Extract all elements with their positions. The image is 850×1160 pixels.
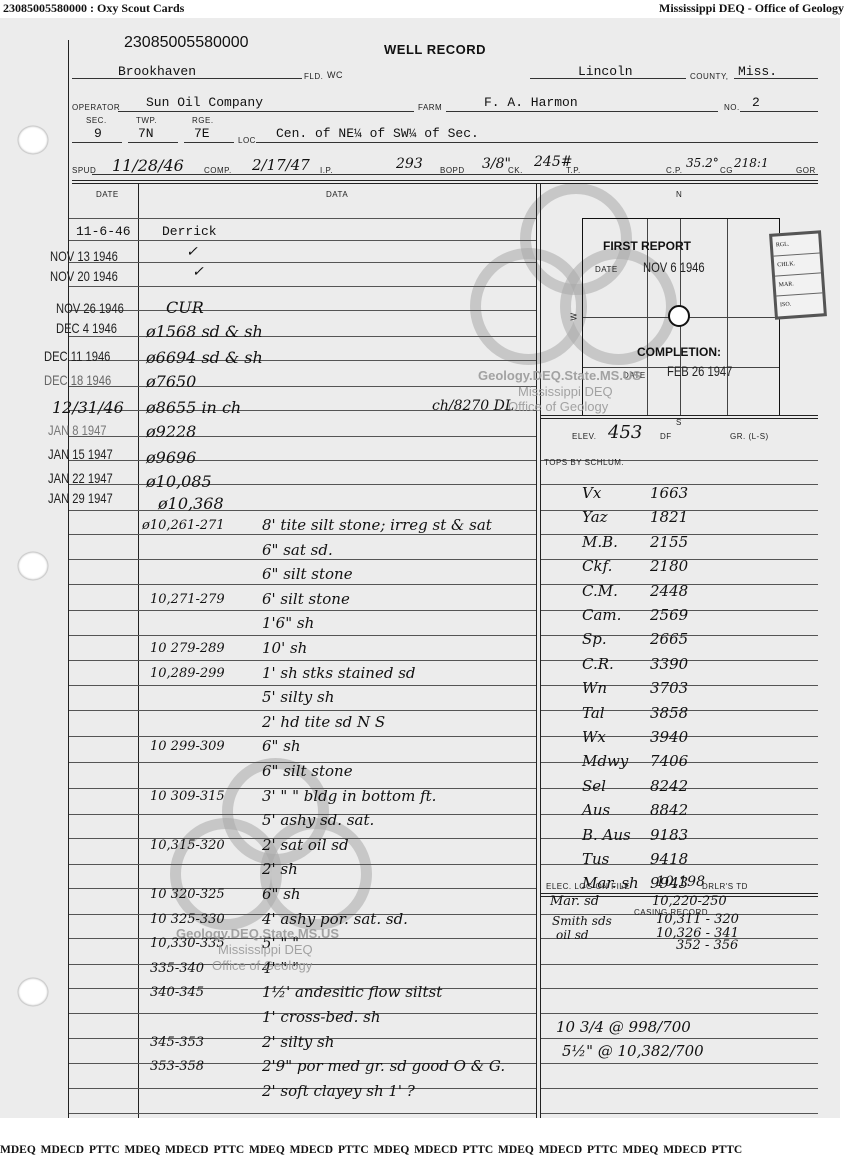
core-interval: 340-345 xyxy=(150,985,204,1000)
formation-name: Sp. xyxy=(582,630,607,648)
ruled-line xyxy=(69,386,536,387)
ruled-line xyxy=(69,685,536,686)
log-data: ø10,085 xyxy=(146,472,212,491)
header-source: Mississippi DEQ - Office of Geology xyxy=(659,1,844,16)
core-interval: 10 299-309 xyxy=(150,739,225,754)
data-divider xyxy=(536,184,537,1118)
left-border xyxy=(68,40,69,1118)
twp-label: TWP. xyxy=(136,116,157,125)
field-label: FLD. xyxy=(304,72,323,81)
core-description: 6" sat sd. xyxy=(262,541,333,559)
formation-depth: 9183 xyxy=(650,826,688,844)
formation-depth: 7406 xyxy=(650,752,688,770)
choke: 3/8" xyxy=(482,156,511,172)
ruled-line xyxy=(69,736,536,737)
core-description: 6" silt stone xyxy=(262,565,353,583)
core-description: 6" silt stone xyxy=(262,762,353,780)
ruled-line xyxy=(69,635,536,636)
core-description: 6" sh xyxy=(262,737,301,755)
well-location-icon xyxy=(668,305,690,327)
ruled-line xyxy=(541,1013,818,1014)
formation-depth: 2665 xyxy=(650,630,688,648)
core-description: 5' silty sh xyxy=(262,688,334,706)
county-label: COUNTY, xyxy=(690,72,728,81)
data-column-header: DATA xyxy=(326,190,348,199)
formation-name: B. Aus xyxy=(582,826,631,844)
formation-depth: 2155 xyxy=(650,533,688,551)
ruled-line xyxy=(69,888,536,889)
formation-depth: 2569 xyxy=(650,606,688,624)
formation-depth: 3940 xyxy=(650,728,688,746)
log-date-stamp: DEC 18 1946 xyxy=(44,372,111,388)
log-data: CUR xyxy=(166,298,204,317)
zone-name: Smith sds xyxy=(552,914,612,928)
date-column-header: DATE xyxy=(96,190,119,199)
header-title: 23085005580000 : Oxy Scout Cards xyxy=(3,1,184,16)
log-data: ø7650 xyxy=(146,372,196,391)
operator-label: OPERATOR xyxy=(72,103,120,112)
ruled-line xyxy=(69,262,536,263)
core-description: 2' silty sh xyxy=(262,1033,334,1051)
log-date-stamp: DEC 11 1946 xyxy=(44,348,110,364)
footer-banner: MDEQ MDECD PTTC MDEQ MDECD PTTC MDEQ MDE… xyxy=(0,1144,850,1156)
formation-depth: 2448 xyxy=(650,582,688,600)
ruled-line xyxy=(69,559,536,560)
formation-name: Tus xyxy=(582,850,609,868)
compass-north: N xyxy=(676,190,682,199)
log-date-stamp: DEC 4 1946 xyxy=(56,320,117,336)
formation-name: Wx xyxy=(582,728,606,746)
core-description: 4' ashy por. sat. sd. xyxy=(262,910,408,928)
ruled-line xyxy=(69,484,536,485)
ruled-line xyxy=(541,1088,818,1089)
log-date: 12/31/46 xyxy=(52,398,124,417)
core-description: 2' hd tite sd N S xyxy=(262,713,385,731)
formation-depth: 9418 xyxy=(650,850,688,868)
formation-name: C.M. xyxy=(582,582,618,600)
casing-item: 10 3/4 @ 998/700 xyxy=(556,1018,691,1036)
log-date-stamp: JAN 8 1947 xyxy=(48,422,107,438)
formation-depth: 3390 xyxy=(650,655,688,673)
core-description: 2' soft clayey sh 1' ? xyxy=(262,1082,415,1100)
log-date-stamp: NOV 26 1946 xyxy=(56,300,124,316)
ruled-line xyxy=(69,610,536,611)
log-note: ch/8270 DL xyxy=(432,398,514,414)
formation-depth: 3858 xyxy=(650,704,688,722)
ruled-line xyxy=(541,988,818,989)
core-interval: 345-353 xyxy=(150,1035,204,1050)
watermark-text: Geology.DEQ.State.MS.US xyxy=(176,926,339,941)
well-record-card: 23085005580000 WELL RECORD Brookhaven FL… xyxy=(0,18,840,1118)
core-description: 10' sh xyxy=(262,639,307,657)
ruled-line xyxy=(541,1063,818,1064)
ruled-line xyxy=(541,1038,818,1039)
api-number: 23085005580000 xyxy=(124,34,249,52)
data-divider-double xyxy=(540,184,541,1118)
core-interval: 10,271-279 xyxy=(150,592,225,607)
comp-date: 2/17/47 xyxy=(252,156,310,174)
watermark-text: Office of Geology xyxy=(508,399,608,414)
core-interval: 10 279-289 xyxy=(150,641,225,656)
drlr-td-label: DRLR'S TD xyxy=(702,882,748,891)
ruled-line xyxy=(69,534,536,535)
df-label: DF xyxy=(660,432,672,441)
first-report-label: FIRST REPORT xyxy=(603,239,691,253)
section: 9 xyxy=(94,126,102,141)
core-description: 2' sat oil sd xyxy=(262,836,349,854)
card-title: WELL RECORD xyxy=(384,42,486,57)
core-description: 8' tite silt stone; irreg st & sat xyxy=(262,516,492,534)
ruled-line xyxy=(69,864,536,865)
formation-name: Yaz xyxy=(582,508,608,526)
formation-name: C.R. xyxy=(582,655,614,673)
zone-name: oil sd xyxy=(556,928,589,942)
punch-hole xyxy=(18,552,48,580)
farm-name: F. A. Harmon xyxy=(484,95,578,110)
sec-label: SEC. xyxy=(86,116,107,125)
county-name: Lincoln xyxy=(578,64,633,79)
log-date-stamp: NOV 20 1946 xyxy=(50,268,118,284)
no-label: NO. xyxy=(724,103,740,112)
core-interval: ø10,261-271 xyxy=(142,518,225,533)
completion-date: FEB 26 1947 xyxy=(667,363,732,379)
formation-name: Mdwy xyxy=(582,752,628,770)
elec-log-value: 10,198 xyxy=(656,874,705,890)
page-header: 23085005580000 : Oxy Scout Cards Mississ… xyxy=(0,0,850,18)
loc-label: LOC. xyxy=(238,136,259,145)
core-description: 1' cross-bed. sh xyxy=(262,1008,380,1026)
rge-label: RGE. xyxy=(192,116,214,125)
core-interval: 353-358 xyxy=(150,1059,204,1074)
log-check: ✓ xyxy=(192,264,204,280)
first-report-date: NOV 6 1946 xyxy=(643,259,705,275)
compass-south: S xyxy=(676,418,682,427)
ruled-line xyxy=(69,1113,536,1114)
core-interval: 10,315-320 xyxy=(150,838,225,853)
ruled-line xyxy=(69,310,536,311)
elevation-value: 453 xyxy=(608,422,642,443)
ruled-line xyxy=(69,460,536,461)
operator-name: Sun Oil Company xyxy=(146,95,263,110)
zone-interval: 10,220-250 xyxy=(652,894,727,909)
compass-west: W xyxy=(570,312,579,320)
log-date-stamp: JAN 22 1947 xyxy=(48,470,113,486)
formation-name: Vx xyxy=(582,484,601,502)
core-interval: 10,289-299 xyxy=(150,666,225,681)
ruled-line xyxy=(69,510,536,511)
elevation-label: ELEV. xyxy=(572,432,596,441)
formation-depth: 8242 xyxy=(650,777,688,795)
core-description: 2'9" por med gr. sd good O & G. xyxy=(262,1057,505,1075)
watermark-text: Geology.DEQ.State.MS.US xyxy=(478,368,641,383)
core-description: 6" sh xyxy=(262,885,301,903)
formation-name: Tal xyxy=(582,704,605,722)
tops-label: TOPS BY SCHLUM. xyxy=(544,458,624,467)
log-data: ø6694 sd & sh xyxy=(146,348,263,367)
log-data: Derrick xyxy=(162,224,217,239)
log-data: ø1568 sd & sh xyxy=(146,322,263,341)
ruled-line xyxy=(69,660,536,661)
spud-date: 11/28/46 xyxy=(112,156,184,175)
ruled-line xyxy=(541,1113,818,1114)
ruled-line xyxy=(69,436,536,437)
core-description: 3' " " bldg in bottom ft. xyxy=(262,787,436,805)
core-interval: 10 320-325 xyxy=(150,887,225,902)
completion-label: COMPLETION: xyxy=(637,345,721,359)
range: 7E xyxy=(194,126,210,141)
first-report-date-label: DATE xyxy=(595,265,618,274)
farm-label: FARM xyxy=(418,103,442,112)
log-data: ø10,368 xyxy=(158,494,224,513)
log-data: ø9228 xyxy=(146,422,196,441)
ruled-line xyxy=(69,360,536,361)
log-data: ø8655 in ch xyxy=(146,398,241,417)
formation-name: Ckf. xyxy=(582,557,612,575)
core-description: 1½' andesitic flow siltst xyxy=(262,983,442,1001)
punch-hole xyxy=(18,978,48,1006)
core-interval: 10 325-330 xyxy=(150,912,225,927)
core-description: 5' ashy sd. sat. xyxy=(262,811,374,829)
gravity: 35.2° xyxy=(686,156,719,170)
ruled-line xyxy=(69,710,536,711)
log-check: ✓ xyxy=(186,244,198,260)
ruled-line xyxy=(69,336,536,337)
log-date: 11-6-46 xyxy=(76,224,131,239)
log-date-stamp: JAN 29 1947 xyxy=(48,490,113,506)
core-interval: 10 309-315 xyxy=(150,789,225,804)
formation-name: Cam. xyxy=(582,606,621,624)
ruled-line xyxy=(69,240,536,241)
formation-depth: 2180 xyxy=(650,557,688,575)
ruled-line xyxy=(69,286,536,287)
elec-log-label: ELEC. LOG ON FILE xyxy=(546,882,630,891)
punch-hole xyxy=(18,126,48,154)
formation-name: Sel xyxy=(582,777,606,795)
ruled-line xyxy=(69,218,536,219)
formation-depth: 1663 xyxy=(650,484,688,502)
field-mark: WC xyxy=(327,70,343,80)
zone-interval: 10,311 - 320 xyxy=(656,912,739,927)
watermark-text: Office of Geology xyxy=(212,958,312,973)
zone-interval: 352 - 356 xyxy=(676,938,738,953)
date-divider xyxy=(138,184,139,1118)
check-tag-row: ISO. xyxy=(776,293,823,315)
watermark-text: Mississippi DEQ xyxy=(218,942,313,957)
zone-name: Mar. sd xyxy=(550,894,599,909)
formation-depth: 1821 xyxy=(650,508,688,526)
check-tag: RGL. CHLK. MAR. ISO. xyxy=(769,230,827,319)
log-data: ø9696 xyxy=(146,448,196,467)
initial-production: 293 xyxy=(396,156,423,172)
formation-depth: 8842 xyxy=(650,801,688,819)
formation-name: Wn xyxy=(582,679,607,697)
ruled-line xyxy=(69,584,536,585)
casing-item: 5½" @ 10,382/700 xyxy=(562,1042,704,1060)
log-date-stamp: JAN 15 1947 xyxy=(48,446,113,462)
well-number: 2 xyxy=(752,95,760,110)
location: Cen. of NE¼ of SW¼ of Sec. xyxy=(276,126,479,141)
gr-label: GR. (L-S) xyxy=(730,432,769,441)
ruled-line xyxy=(541,964,818,965)
township: 7N xyxy=(138,126,154,141)
formation-depth: 3703 xyxy=(650,679,688,697)
core-interval: 335-340 xyxy=(150,961,204,976)
core-description: 1' sh stks stained sd xyxy=(262,664,416,682)
core-description: 1'6" sh xyxy=(262,614,314,632)
field-name: Brookhaven xyxy=(118,64,196,79)
state-name: Miss. xyxy=(738,64,777,79)
core-description: 2' sh xyxy=(262,860,298,878)
formation-name: M.B. xyxy=(582,533,618,551)
watermark-text: Mississippi DEQ xyxy=(518,384,613,399)
formation-name: Aus xyxy=(582,801,610,819)
core-description: 6' silt stone xyxy=(262,590,350,608)
log-date-stamp: NOV 13 1946 xyxy=(50,248,118,264)
gas-oil-ratio: 218:1 xyxy=(734,156,769,170)
